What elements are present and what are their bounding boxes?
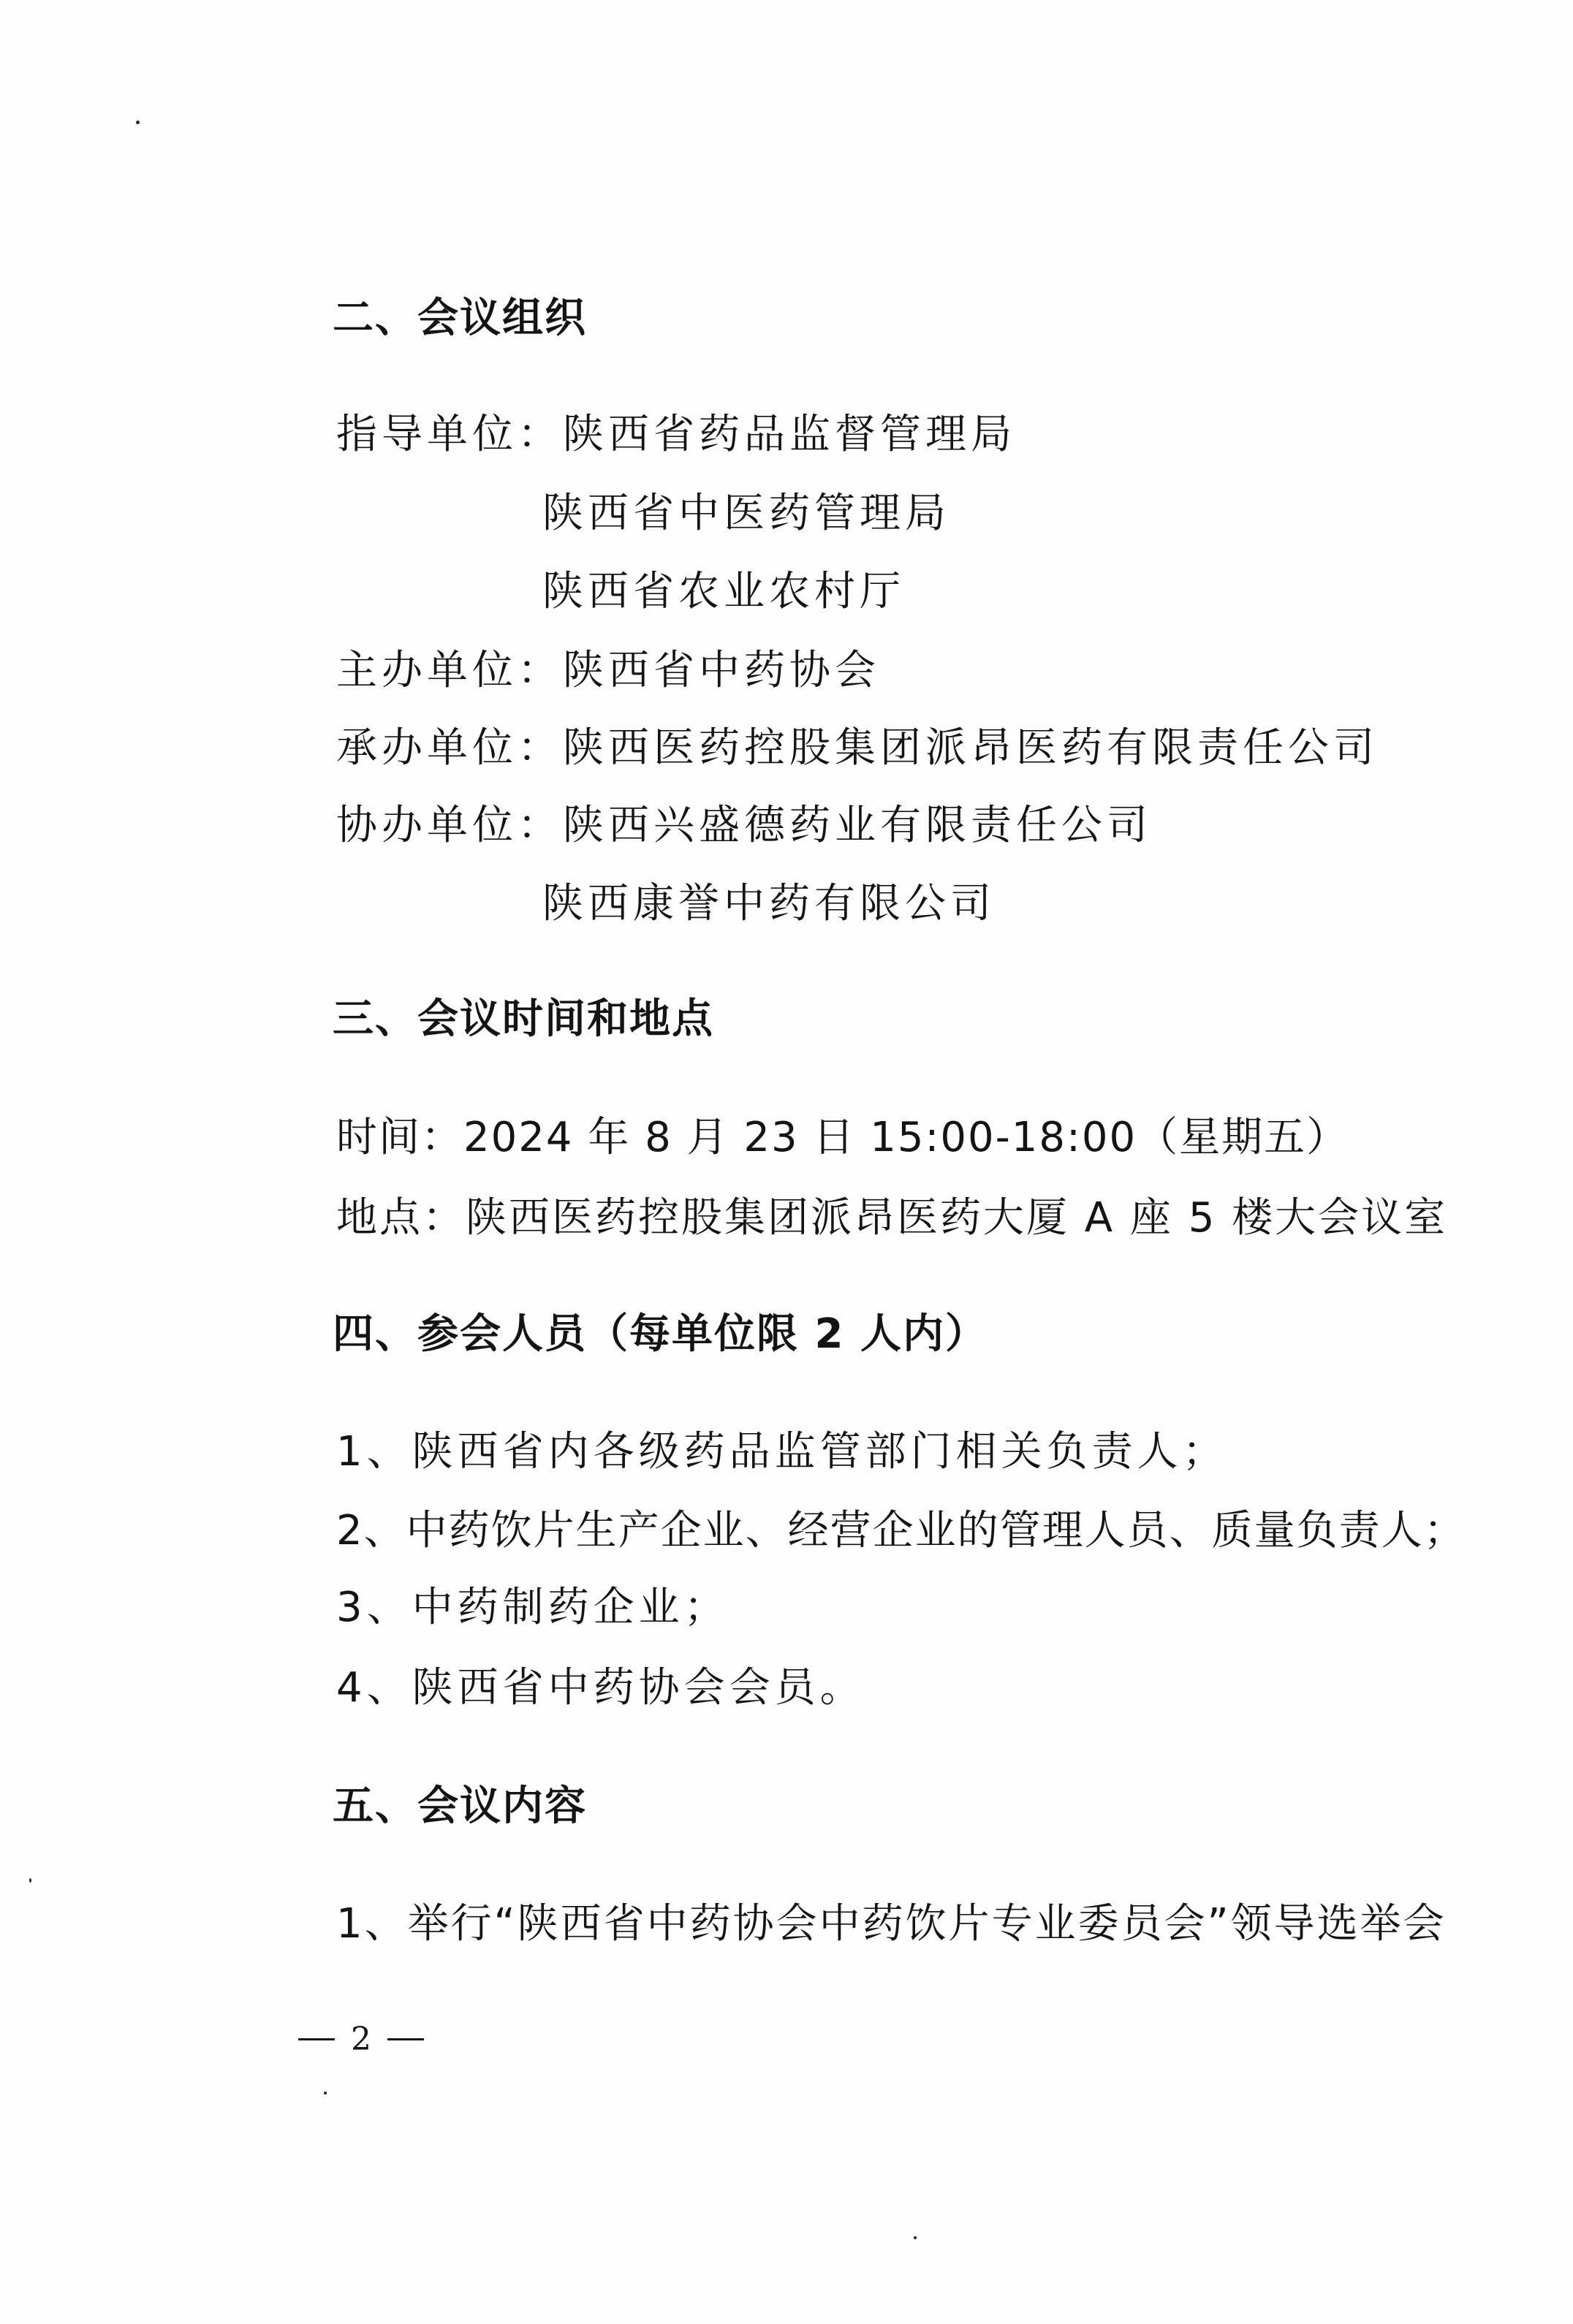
meeting-time-row: 时间：2024 年 8 月 23 日 15:00-18:00（星期五）	[336, 1117, 1349, 1158]
page-number-value: 2	[351, 2021, 371, 2058]
section-heading-organization: 二、会议组织	[333, 298, 587, 339]
scan-speck	[324, 2092, 327, 2095]
attendee-item-3: 3、中药制药企业；	[336, 1587, 729, 1628]
page-dash-left	[298, 2038, 335, 2040]
attendee-item-2: 2、中药饮片生产企业、经营企业的管理人员、质量负责人；	[336, 1511, 1466, 1552]
meeting-place-value: 陕西医药控股集团派昂医药大厦 A 座 5 楼大会议室	[466, 1198, 1447, 1239]
co-organizer-2: 陕西康誉中药有限公司	[542, 884, 996, 924]
host-unit-label: 主办单位：	[336, 650, 563, 691]
host-unit: 陕西省中药协会	[563, 650, 880, 691]
organizer-unit-row: 承办单位：陕西医药控股集团派昂医药有限责任公司	[336, 728, 1379, 769]
scan-speck	[914, 2236, 917, 2239]
guiding-units-row: 指导单位：陕西省药品监督管理局	[336, 414, 1016, 455]
attendee-item-1: 1、陕西省内各级药品监管部门相关负责人；	[336, 1432, 1228, 1473]
scan-speck	[136, 121, 140, 124]
meeting-place-label: 地点：	[336, 1198, 466, 1239]
meeting-place-row: 地点：陕西医药控股集团派昂医药大厦 A 座 5 楼大会议室	[336, 1198, 1447, 1239]
co-organizer-row: 协办单位：陕西兴盛德药业有限责任公司	[336, 805, 1152, 846]
guiding-unit-3: 陕西省农业农村厅	[542, 571, 905, 612]
content-item-1: 1、举行“陕西省中药协会中药饮片专业委员会”领导选举会	[336, 1904, 1447, 1945]
section-heading-time-place: 三、会议时间和地点	[333, 999, 714, 1040]
page-dash-right	[387, 2038, 424, 2040]
meeting-time-label: 时间：	[336, 1117, 463, 1158]
co-organizer-1: 陕西兴盛德药业有限责任公司	[563, 805, 1152, 846]
guiding-units-label: 指导单位：	[336, 414, 563, 455]
organizer-unit-label: 承办单位：	[336, 728, 563, 769]
scan-speck	[29, 1878, 31, 1883]
guiding-unit-2: 陕西省中医药管理局	[542, 493, 950, 534]
page-number: 2	[298, 2021, 424, 2058]
guiding-unit-1: 陕西省药品监督管理局	[563, 414, 1016, 455]
section-heading-attendees: 四、参会人员（每单位限 2 人内）	[333, 1314, 988, 1355]
organizer-unit: 陕西医药控股集团派昂医药有限责任公司	[563, 728, 1379, 769]
co-organizer-label: 协办单位：	[336, 805, 563, 846]
section-heading-content: 五、会议内容	[333, 1786, 587, 1827]
meeting-time-value: 2024 年 8 月 23 日 15:00-18:00（星期五）	[463, 1117, 1349, 1158]
host-unit-row: 主办单位：陕西省中药协会	[336, 650, 880, 691]
attendee-item-4: 4、陕西省中药协会会员。	[336, 1668, 865, 1709]
